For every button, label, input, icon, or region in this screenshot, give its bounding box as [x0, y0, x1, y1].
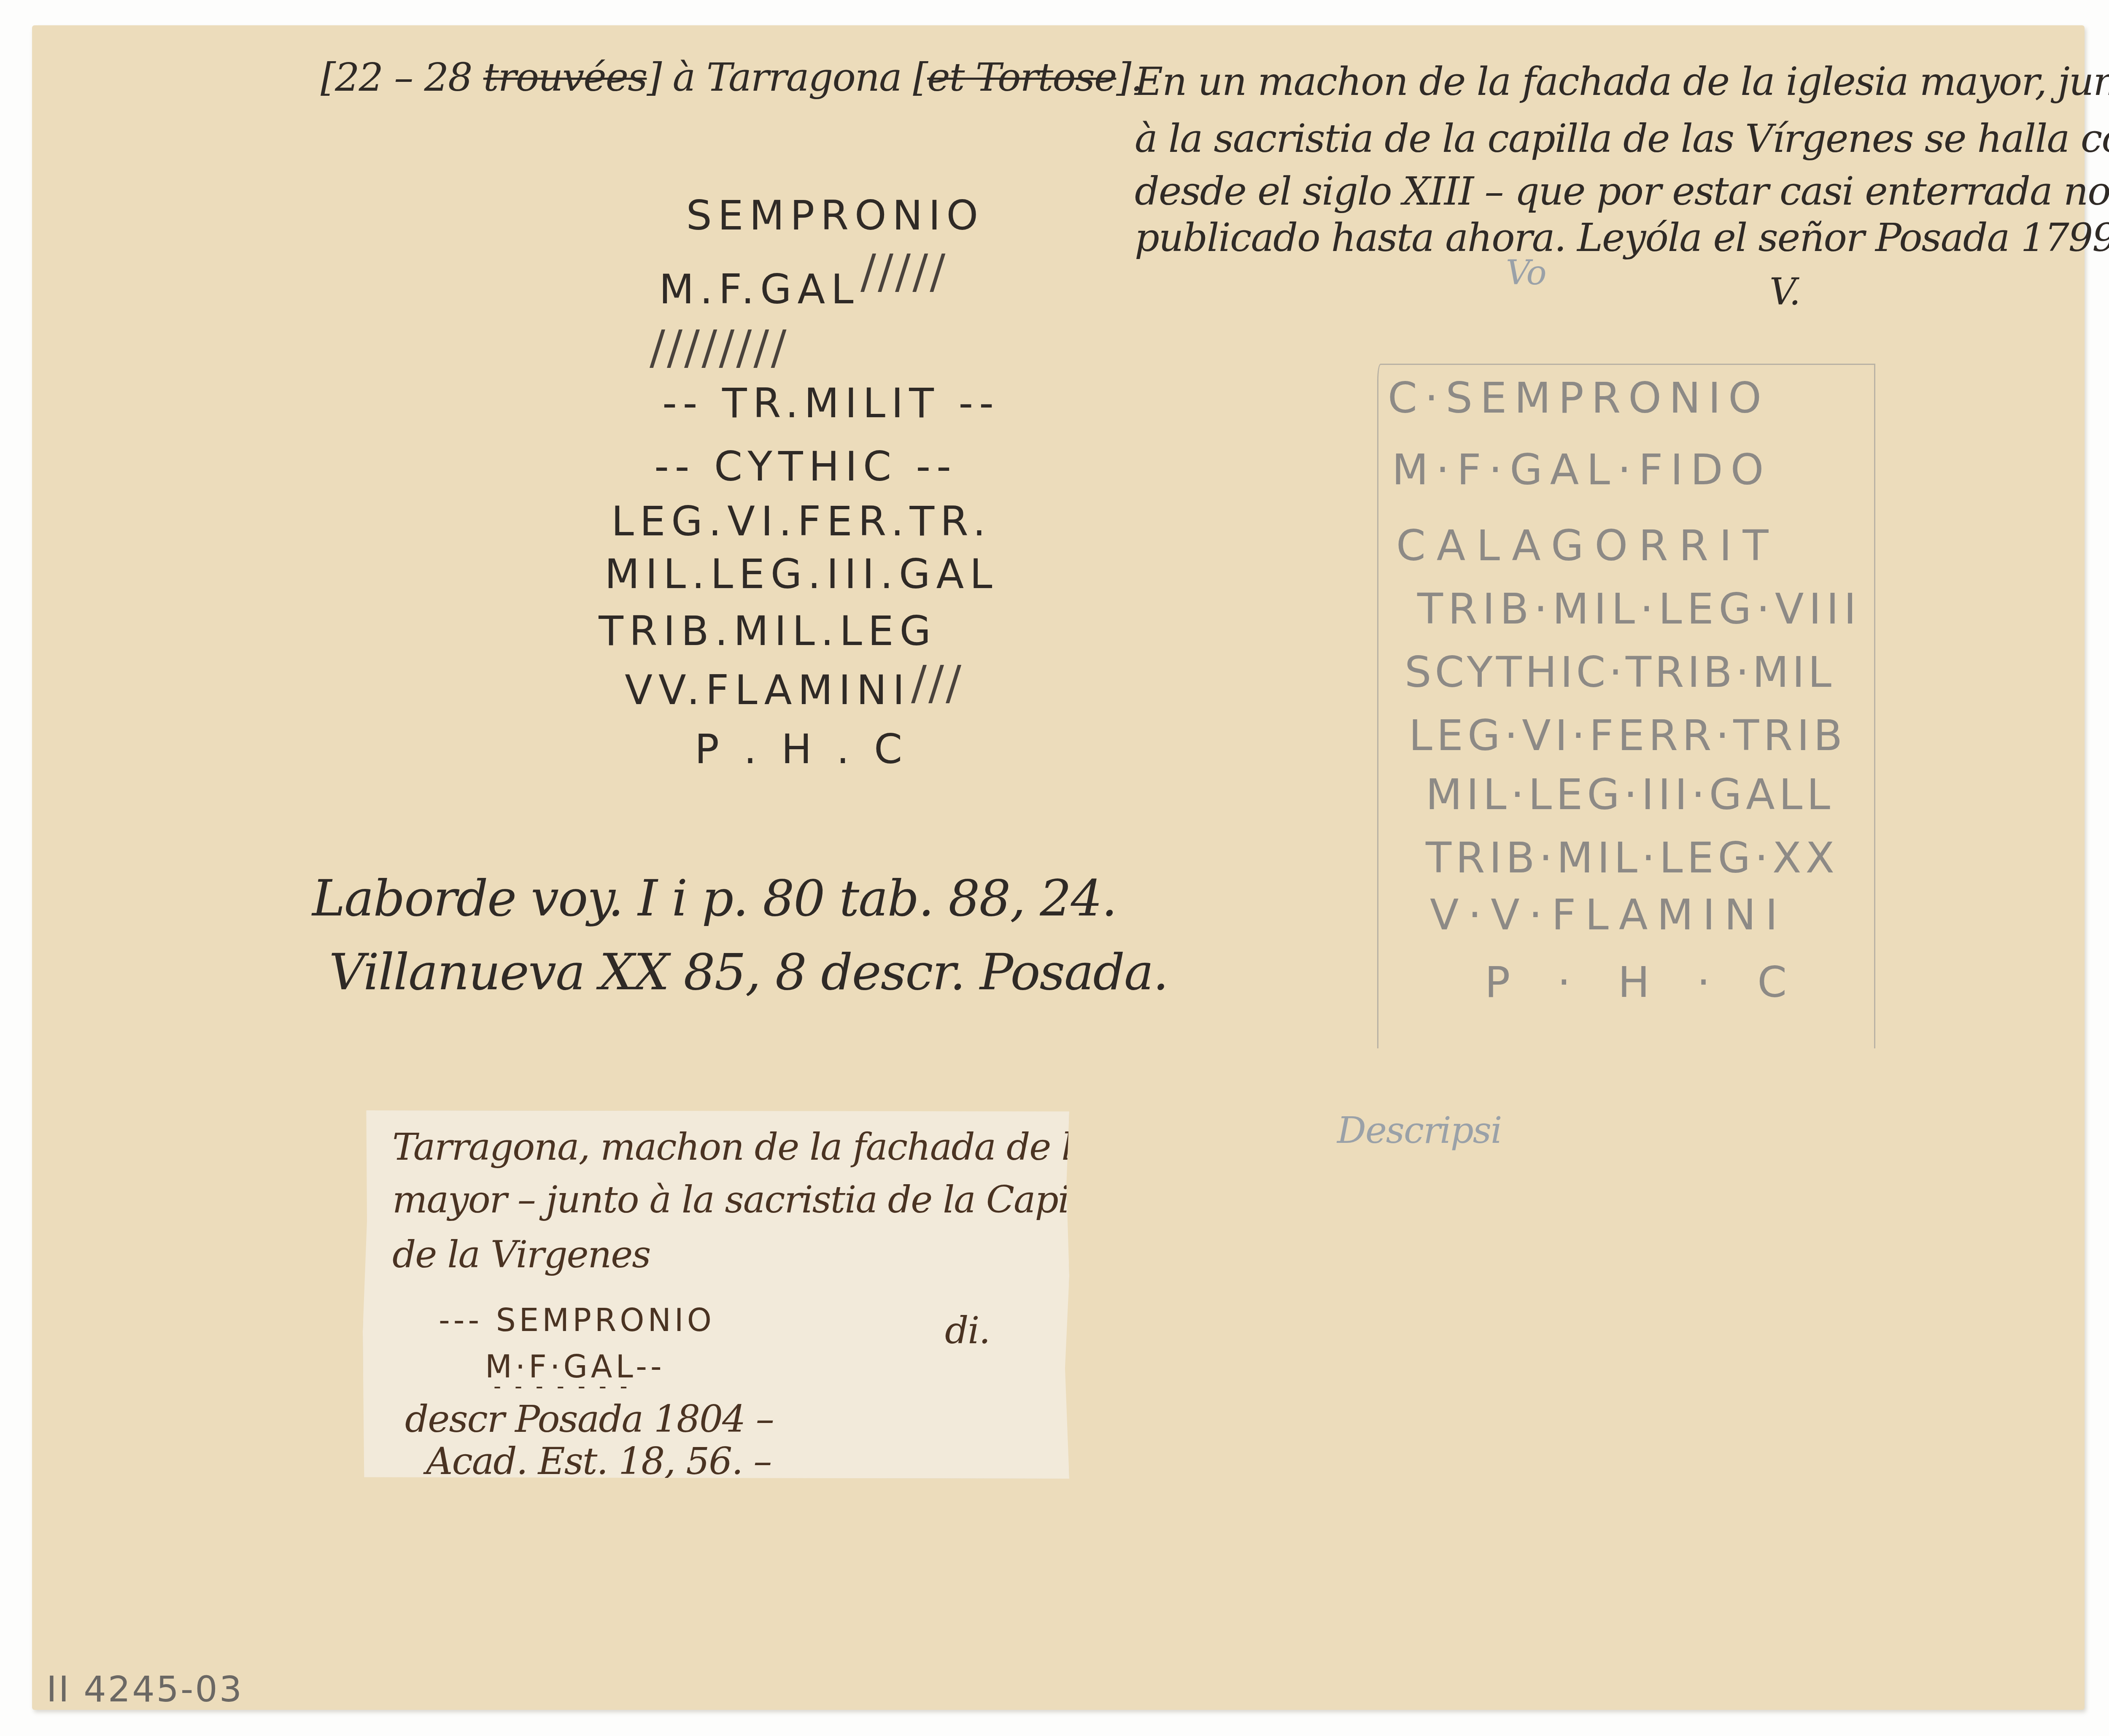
ink-line-4: -- TR.MILIT --: [662, 380, 1000, 427]
caption-place: à Tarragona: [673, 55, 901, 100]
ink-line-6: LEG.VI.FER.TR.: [611, 498, 992, 545]
slip-line-1: Tarragona, machon de la fachada de la ig…: [392, 1125, 1161, 1169]
pencil-mark: Vo: [1506, 253, 1546, 292]
ink-line-9: VV.FLAMINI: [625, 667, 910, 714]
note-line-4: publicado hasta ahora. Leyóla el señor P…: [1135, 215, 2109, 260]
slip-ref-2: Acad. Est. 18, 56. –: [426, 1439, 771, 1483]
slip-line-2: mayor – junto à la sacristia de la Capil…: [392, 1178, 1112, 1221]
bibliography-line-1: Laborde voy. I i p. 80 tab. 88, 24.: [312, 869, 1117, 927]
hatching-damaged: ///: [911, 656, 963, 710]
slip-inscription-line-1: --- SEMPRONIO: [439, 1302, 715, 1339]
note-line-1: En un machon de la fachada de la iglesia…: [1135, 59, 2109, 104]
struck-word: trouvées: [483, 55, 647, 100]
caption-alt-place: et Tortose: [927, 55, 1116, 100]
ink-line-7: MIL.LEG.III.GAL: [604, 551, 998, 598]
ink-line-2: M.F.GAL: [659, 266, 859, 313]
caption-range: 22 – 28: [335, 55, 472, 100]
ink-line-10: P . H . C: [695, 726, 908, 773]
bracket: [: [321, 55, 335, 100]
archive-number: II 4245-03: [46, 1669, 243, 1710]
pasted-slip: Tarragona, machon de la fachada de la ig…: [363, 1110, 1069, 1479]
pencil-line-5: SCYTHIC·TRIB·MIL: [1405, 648, 1835, 697]
pencil-line-10: P · H · C: [1485, 958, 1804, 1007]
pencil-line-2: M·F·GAL·FIDO: [1392, 445, 1772, 494]
bracket: ]: [647, 55, 661, 100]
ink-line-8: TRIB.MIL.LEG: [599, 607, 937, 655]
slip-side-note: di.: [945, 1309, 990, 1352]
pencil-line-1: C·SEMPRONIO: [1388, 373, 1769, 423]
ink-check-mark: V.: [1769, 270, 1800, 313]
slip-ref-1: descr Posada 1804 –: [405, 1397, 774, 1441]
slip-line-3: de la Virgenes: [392, 1233, 650, 1276]
bracket: [: [913, 55, 927, 100]
pencil-line-3: CALAGORRIT: [1396, 521, 1780, 570]
pencil-line-9: V·V·FLAMINI: [1430, 890, 1787, 940]
slip-inscription-gap: - - - - - - -: [494, 1374, 631, 1399]
pencil-line-4: TRIB·MIL·LEG·VIII: [1417, 584, 1861, 634]
hatching-damaged-line: ////////: [650, 321, 788, 375]
header-caption: [22 – 28 trouvées] à Tarragona [et Torto…: [321, 55, 1142, 100]
note-line-3: desde el siglo XIII – que por estar casi…: [1135, 169, 2109, 214]
pencil-line-6: LEG·VI·FERR·TRIB: [1409, 711, 1847, 760]
ink-line-1: SEMPRONIO: [686, 192, 984, 239]
bibliography-line-2: Villanueva XX 85, 8 descr. Posada.: [329, 943, 1168, 1001]
hatching-damaged: /////: [860, 245, 947, 299]
pencil-line-8: TRIB·MIL·LEG·XX: [1426, 833, 1839, 883]
ink-line-5: -- CYTHIC --: [654, 443, 957, 490]
pencil-line-7: MIL·LEG·III·GALL: [1426, 770, 1834, 819]
pencil-annotation-descripsi: Descripsi: [1337, 1110, 1501, 1152]
note-line-2: à la sacristia de la capilla de las Vírg…: [1135, 116, 2109, 161]
